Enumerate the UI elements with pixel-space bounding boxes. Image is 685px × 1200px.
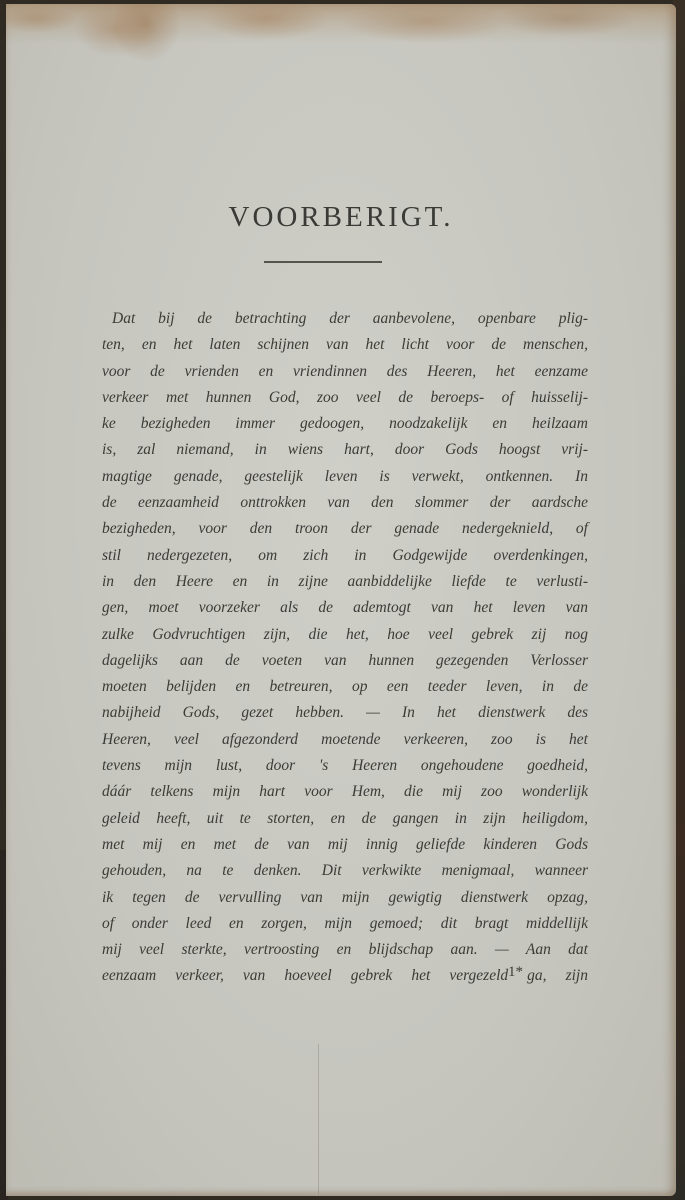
- text-line: in den Heere en in zijne aanbiddelijke l…: [102, 569, 588, 595]
- preface-paragraph: Dat bij de betrachting der aanbevolene, …: [102, 306, 588, 990]
- text-line: moeten belijden en betreuren, op een tee…: [102, 674, 588, 700]
- text-line: of onder leed en zorgen, mijn gemoed; di…: [102, 911, 588, 937]
- text-line: stil nedergezeten, om zich in Godgewijde…: [102, 543, 588, 569]
- text-line: zulke Godvruchtigen zijn, die het, hoe v…: [102, 622, 588, 648]
- text-line: dagelijks aan de voeten van hunnen gezeg…: [102, 648, 588, 674]
- text-line: magtige genade, geestelijk leven is verw…: [102, 464, 588, 490]
- text-line: geleid heeft, uit te storten, en de gang…: [102, 806, 588, 832]
- text-line: Dat bij de betrachting der aanbevolene, …: [102, 306, 588, 332]
- text-line: is, zal niemand, in wiens hart, door God…: [102, 437, 588, 463]
- text-line: verkeer met hunnen God, zoo veel de bero…: [102, 385, 588, 411]
- book-page: VOORBERIGT. Dat bij de betrachting der a…: [6, 4, 676, 1196]
- text-line: ke bezigheden immer gedoogen, noodzakeli…: [102, 411, 588, 437]
- page-title: VOORBERIGT.: [6, 201, 676, 234]
- text-line: ik tegen de vervulling van mijn gewigtig…: [102, 885, 588, 911]
- text-line: gehouden, na te denken. Dit verkwikte me…: [102, 858, 588, 884]
- signature-mark: 1*: [508, 964, 523, 981]
- text-line: tevens mijn lust, door 's Heeren ongehou…: [102, 753, 588, 779]
- text-line: dáár telkens mijn hart voor Hem, die mij…: [102, 779, 588, 805]
- text-line: bezigheden, voor den troon der genade ne…: [102, 516, 588, 542]
- text-line: gen, moet voorzeker als de ademtogt van …: [102, 595, 588, 621]
- text-line: voor de vrienden en vriendinnen des Heer…: [102, 359, 588, 385]
- paper-crease: [318, 1044, 319, 1194]
- title-rule: [264, 261, 382, 263]
- water-stain: [6, 4, 676, 84]
- text-line: nabijheid Gods, gezet hebben. — In het d…: [102, 700, 588, 726]
- text-line: met mij en met de van mij innig geliefde…: [102, 832, 588, 858]
- text-line: de eenzaamheid onttrokken van den slomme…: [102, 490, 588, 516]
- text-line: ten, en het laten schijnen van het licht…: [102, 332, 588, 358]
- text-line: mij veel sterkte, vertroosting en blijds…: [102, 937, 588, 963]
- text-line: Heeren, veel afgezonderd moetende verkee…: [102, 727, 588, 753]
